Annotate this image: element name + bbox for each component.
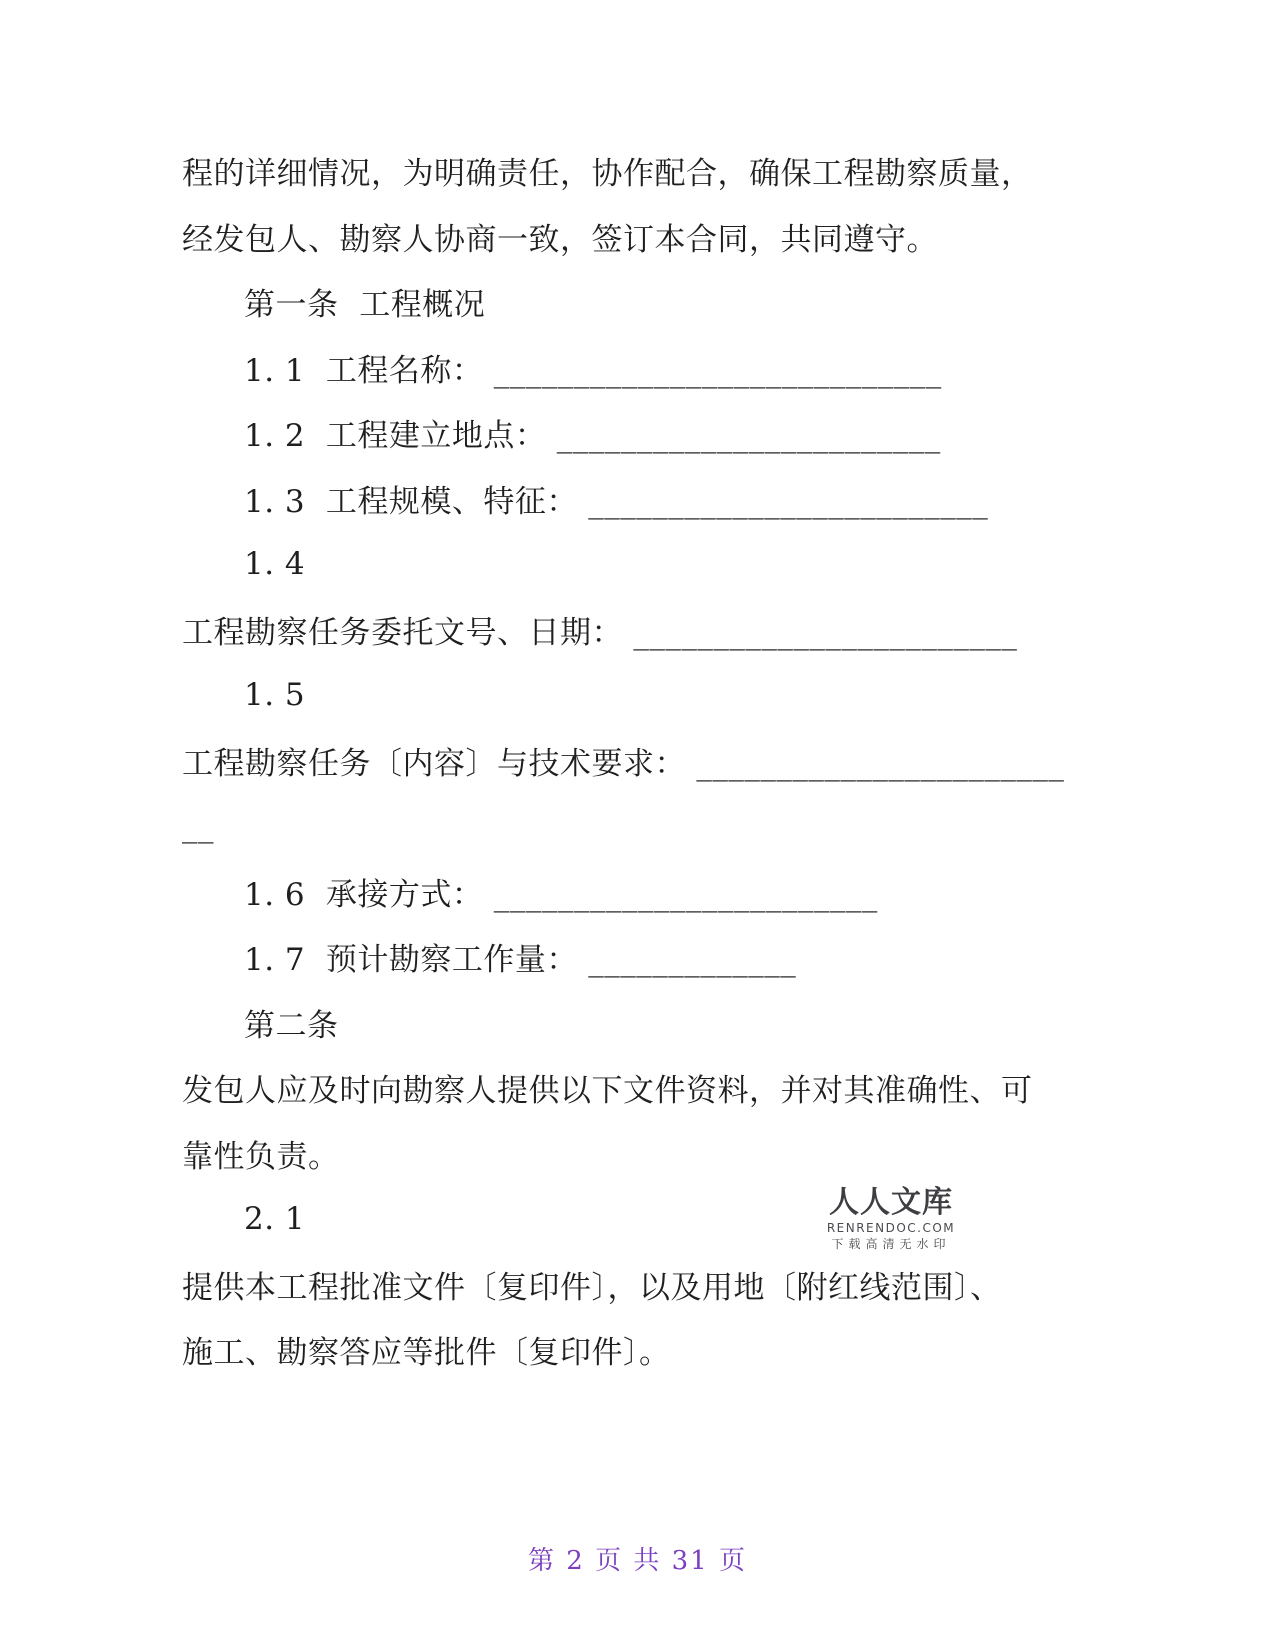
text-line: 1. 6 承接方式： ________________________ xyxy=(182,859,1082,925)
text-line: 1. 7 预计勘察工作量： _____________ xyxy=(182,924,1082,990)
text-line: 1. 3 工程规模、特征： _________________________ xyxy=(182,466,1082,532)
watermark: 人人文库 RENRENDOC.COM 下载高清无水印 xyxy=(820,1188,962,1250)
watermark-brand-text: 人人文库 xyxy=(820,1188,962,1218)
text-line: 第二条 xyxy=(182,990,1082,1056)
text-line: 施工、勘察答应等批件〔复印件〕。 xyxy=(182,1317,1082,1383)
text-line: 1. 2 工程建立地点： ________________________ xyxy=(182,400,1082,466)
text-line: 经发包人、勘察人协商一致，签订本合同，共同遵守。 xyxy=(182,204,1082,270)
text-line: 1. 5 xyxy=(182,662,1082,728)
text-line: 发包人应及时向勘察人提供以下文件资料，并对其准确性、可 xyxy=(182,1055,1082,1121)
text-line: __ xyxy=(182,793,1082,859)
text-line: 工程勘察任务〔内容〕与技术要求： _______________________ xyxy=(182,728,1082,794)
watermark-domain-text: RENRENDOC.COM xyxy=(820,1222,962,1234)
text-line: 第一条 工程概况 xyxy=(182,269,1082,335)
text-line: 工程勘察任务委托文号、日期： ________________________ xyxy=(182,597,1082,663)
watermark-tagline-text: 下载高清无水印 xyxy=(820,1238,962,1250)
text-line: 1. 1 工程名称： ____________________________ xyxy=(182,335,1082,401)
page-number-footer: 第 2 页 共 31 页 xyxy=(0,1540,1275,1577)
text-line: 提供本工程批准文件〔复印件〕，以及用地〔附红线范围〕、 xyxy=(182,1252,1082,1318)
document-page: 程的详细情况，为明确责任，协作配合，确保工程勘察质量，经发包人、勘察人协商一致，… xyxy=(0,0,1275,1650)
text-line: 1. 4 xyxy=(182,531,1082,597)
text-line: 靠性负责。 xyxy=(182,1121,1082,1187)
text-line: 程的详细情况，为明确责任，协作配合，确保工程勘察质量， xyxy=(182,138,1082,204)
